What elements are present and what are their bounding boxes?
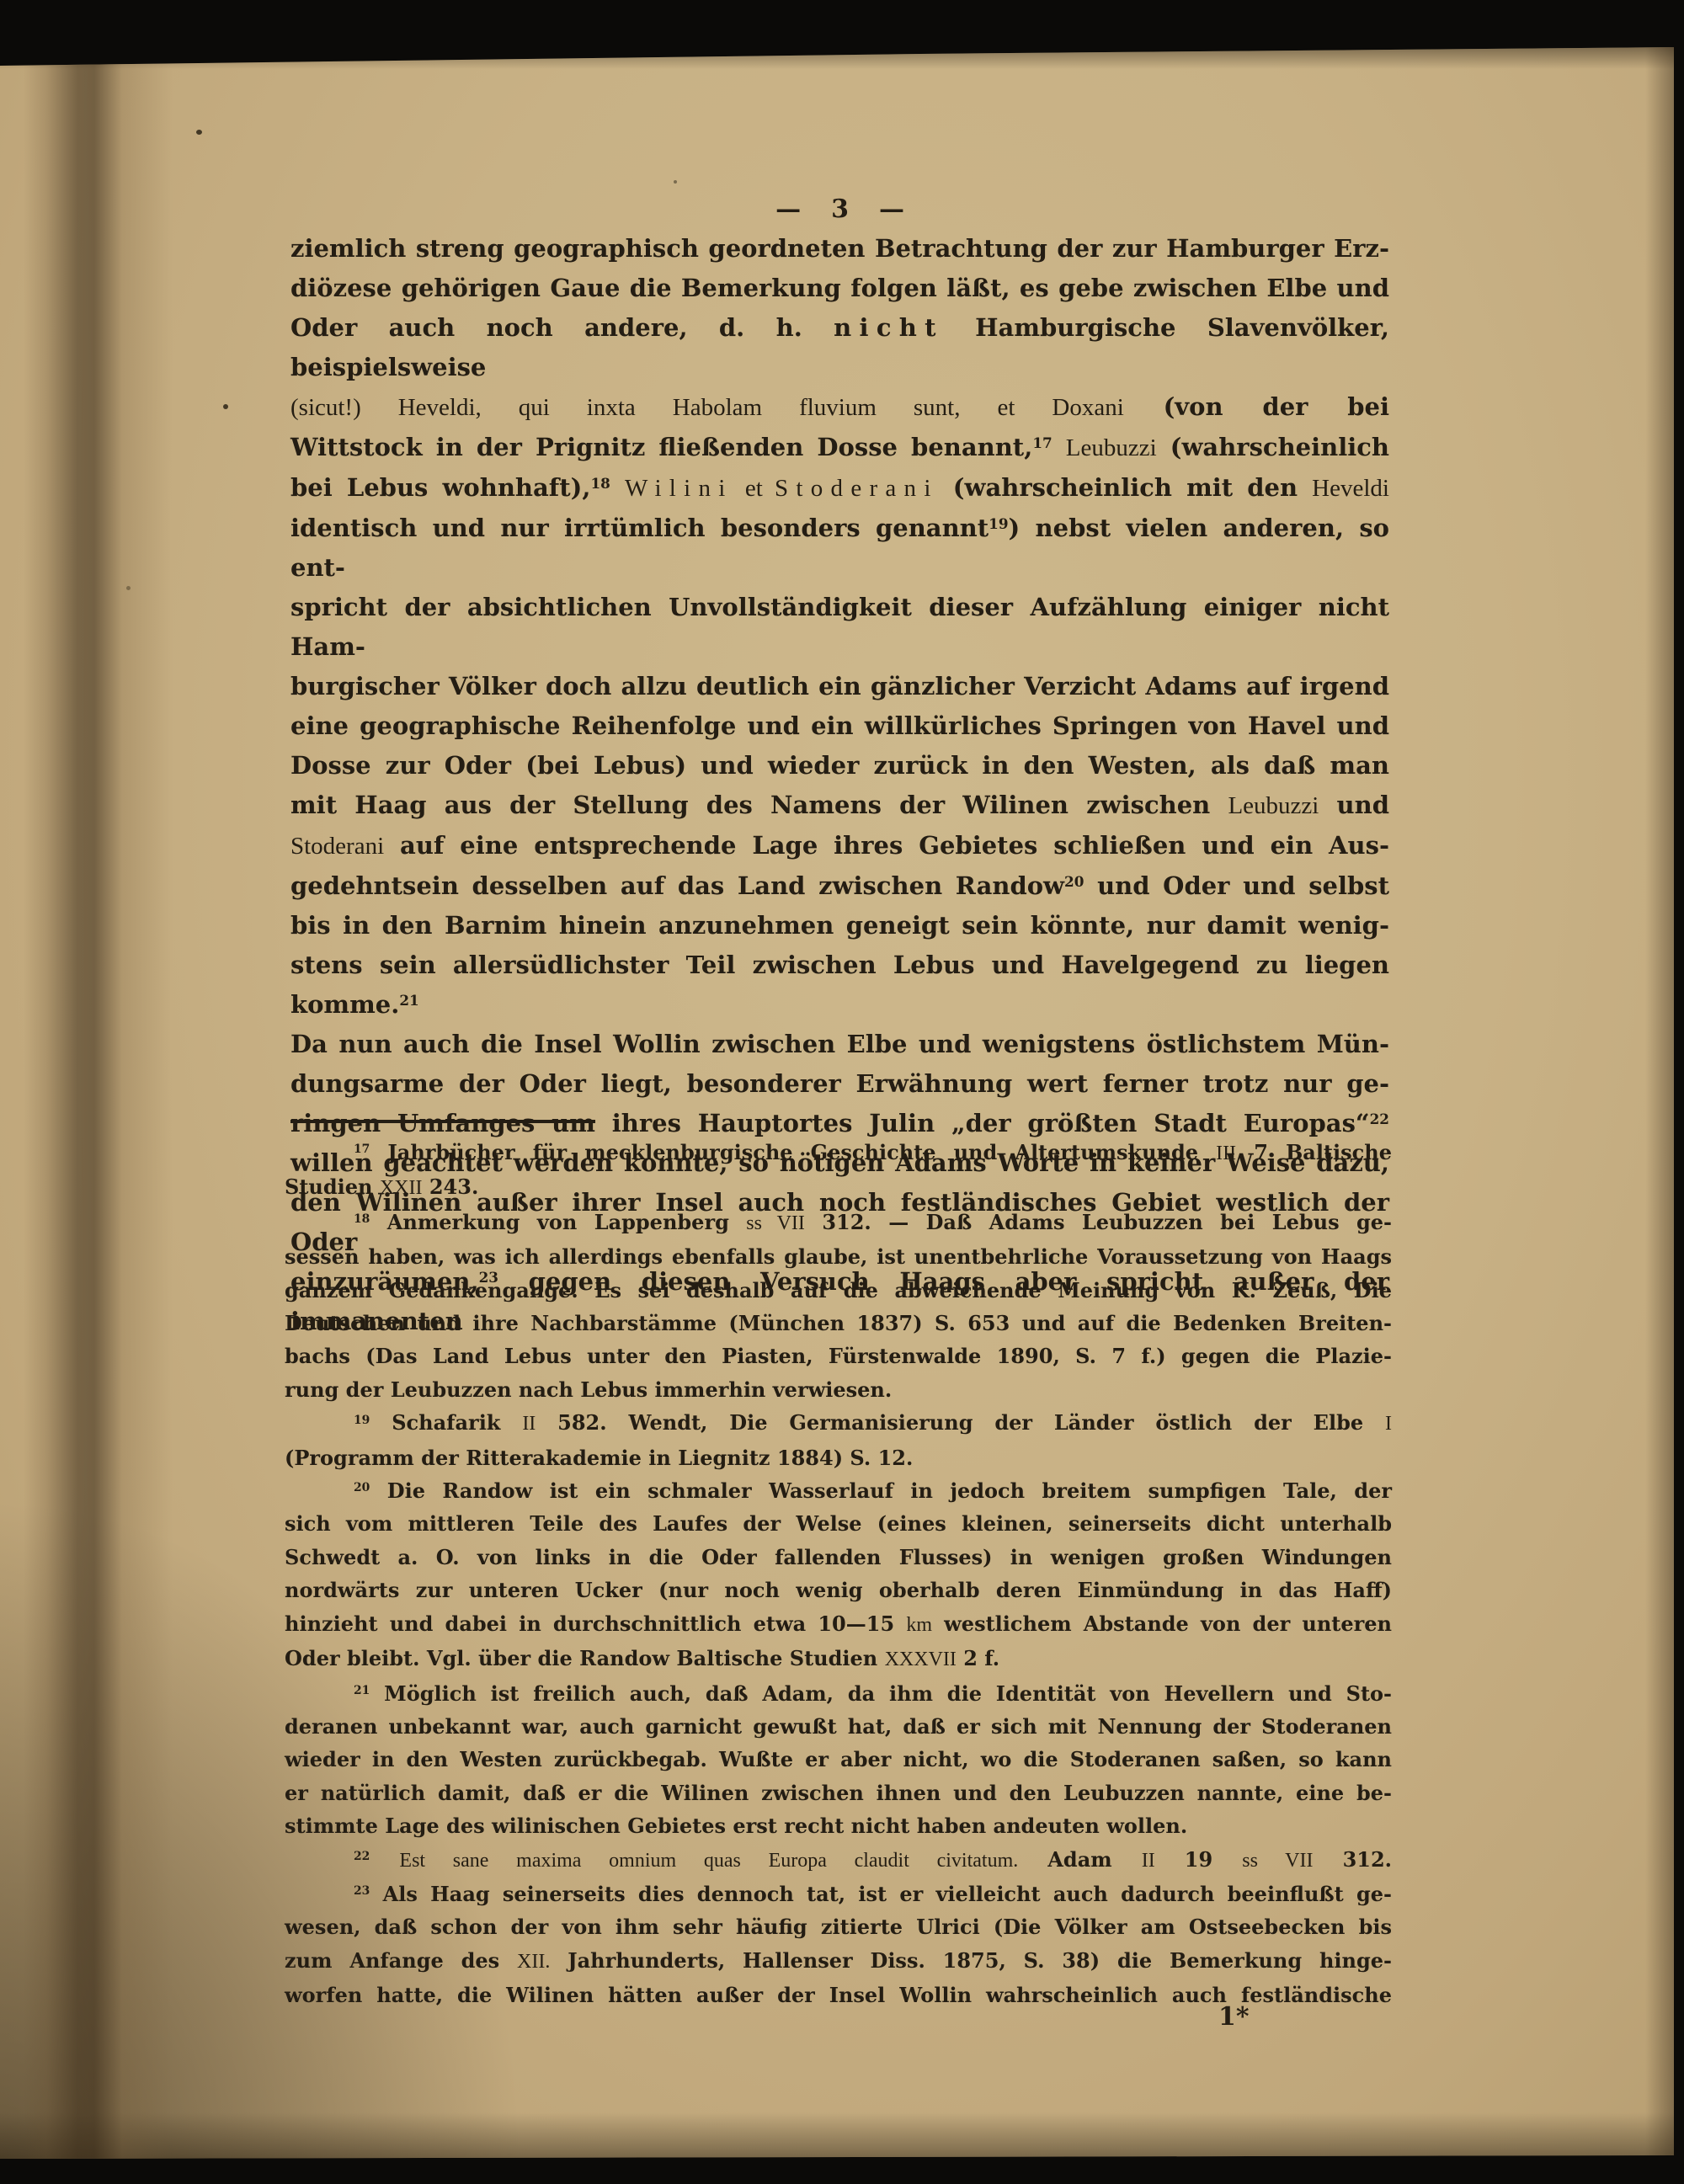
footnote-line: deranen unbekannt war, auch garnicht gew… xyxy=(285,1710,1392,1743)
antiqua-text: km xyxy=(906,1614,932,1636)
footnote-line: zum Anfange des XII. Jahrhunderts, Halle… xyxy=(285,1944,1392,1979)
antiqua-text: I xyxy=(1385,1413,1392,1435)
footnote-first-line: 17 Jahrbücher für mecklenburgische Gesch… xyxy=(285,1136,1392,1170)
footnote-ref: 19 xyxy=(354,1414,370,1427)
footnote-ref: 21 xyxy=(399,992,418,1009)
text-line: bis in den Barnim hinein anzunehmen gene… xyxy=(290,906,1389,946)
header-dash-right: — xyxy=(879,194,904,224)
footnote-first-line: 23 Als Haag seinerseits dies dennoch tat… xyxy=(285,1878,1392,1910)
antiqua-text: XXII xyxy=(380,1177,423,1199)
letterspaced-text: nicht xyxy=(834,313,944,342)
paper-speck xyxy=(196,130,202,135)
antiqua-text: II xyxy=(1142,1850,1155,1872)
antiqua-text: XXXVII xyxy=(885,1649,957,1670)
page-number: 3 xyxy=(831,194,849,224)
header-dash-left: — xyxy=(775,194,801,224)
antiqua-text: ss VII xyxy=(1242,1850,1313,1872)
footnote-line: er natürlich damit, daß er die Wilinen z… xyxy=(285,1776,1392,1809)
text-line: spricht der absichtlichen Unvollständigk… xyxy=(290,588,1389,667)
footnote-ref: 18 xyxy=(590,475,610,492)
text-line: Wittstock in der Prignitz fließenden Dos… xyxy=(290,428,1389,468)
paper-speck xyxy=(674,180,677,184)
letterspaced-text: Stoderani xyxy=(775,475,939,502)
footnote-separator-rule xyxy=(290,1120,595,1123)
footnote-line: nordwärts zur unteren Ucker (nur noch we… xyxy=(285,1574,1392,1606)
text-line: Stoderani auf eine entsprechende Lage ih… xyxy=(290,826,1389,866)
antiqua-text: II xyxy=(522,1413,536,1435)
book-page: — 3 — ziemlich streng geographisch geord… xyxy=(0,47,1674,2159)
antiqua-text: Est sane maxima omnium quas Europa claud… xyxy=(399,1850,1018,1872)
footnote-ref: 20 xyxy=(354,1481,370,1494)
footnote-first-line: 20 Die Randow ist ein schmaler Wasserlau… xyxy=(285,1474,1392,1507)
footnote-first-line: 22 Est sane maxima omnium quas Europa cl… xyxy=(285,1843,1392,1878)
footnote-ref: 18 xyxy=(354,1212,370,1226)
antiqua-text: Leubuzzi xyxy=(1228,792,1319,819)
text-line: gedehntsein desselben auf das Land zwisc… xyxy=(290,866,1389,906)
paper-speck xyxy=(223,404,228,409)
text-line: diözese gehörigen Gaue die Bemerkung fol… xyxy=(290,269,1389,308)
antiqua-text: ss VII xyxy=(746,1212,805,1234)
footnote-line: ganzem Gedankengange. Es sei deshalb auf… xyxy=(285,1274,1392,1307)
footnote-line: wesen, daß schon der von ihm sehr häufig… xyxy=(285,1910,1392,1943)
footnote-ref: 22 xyxy=(1370,1111,1389,1127)
footnote-line: stimmte Lage des wilinischen Gebietes er… xyxy=(285,1809,1392,1842)
text-line: Dosse zur Oder (bei Lebus) und wieder zu… xyxy=(290,746,1389,786)
footnote-ref: 21 xyxy=(354,1684,370,1697)
text-line: Oder auch noch andere, d. h. nicht Hambu… xyxy=(290,308,1389,387)
footnote-line: (Programm der Ritterakademie in Liegnitz… xyxy=(285,1441,1392,1474)
text-line: ziemlich streng geographisch geordneten … xyxy=(290,229,1389,269)
antiqua-text: III xyxy=(1216,1143,1236,1164)
footnote-line: Schwedt a. O. von links in die Oder fall… xyxy=(285,1541,1392,1574)
footnote-line: Oder bleibt. Vgl. über die Randow Baltis… xyxy=(285,1642,1392,1676)
text-line: mit Haag aus der Stellung des Namens der… xyxy=(290,786,1389,826)
footnote-line: rung der Leubuzzen nach Lebus immerhin v… xyxy=(285,1373,1392,1406)
footnote-first-line: 18 Anmerkung von Lappenberg ss VII 312. … xyxy=(285,1206,1392,1240)
text-line: bei Lebus wohnhaft),18 Wilini et Stodera… xyxy=(290,468,1389,509)
antiqua-text: XII. xyxy=(517,1951,550,1973)
footnote-line: sich vom mittleren Teile des Laufes der … xyxy=(285,1507,1392,1540)
footnote-ref: 17 xyxy=(354,1143,370,1156)
text-line: burgischer Völker doch allzu deutlich ei… xyxy=(290,667,1389,706)
paper-speck xyxy=(126,586,131,590)
footnote-ref: 23 xyxy=(354,1884,370,1898)
footnotes-section: 17 Jahrbücher für mecklenburgische Gesch… xyxy=(285,1136,1392,2012)
text-line: stens sein allersüdlichster Teil zwische… xyxy=(290,946,1389,1025)
text-line: eine geographische Reihenfolge und ein w… xyxy=(290,706,1389,746)
antiqua-text: Leubuzzi xyxy=(1066,434,1157,461)
antiqua-text: Stoderani xyxy=(290,833,384,860)
antiqua-text: (sicut!) Heveldi, qui inxta Habolam fluv… xyxy=(290,394,1124,421)
text-line: identisch und nur irrtümlich besonders g… xyxy=(290,509,1389,588)
footnote-first-line: 21 Möglich ist freilich auch, daß Adam, … xyxy=(285,1677,1392,1710)
footnote-line: Studien XXII 243. xyxy=(285,1170,1392,1205)
footnote-ref: 20 xyxy=(1064,873,1084,890)
footnote-ref: 22 xyxy=(354,1850,370,1863)
footnote-ref: 17 xyxy=(1032,434,1052,451)
footnote-line: bachs (Das Land Lebus unter den Piasten,… xyxy=(285,1340,1392,1372)
scanned-book-photo: — 3 — ziemlich streng geographisch geord… xyxy=(0,0,1684,2184)
page-header: — 3 — xyxy=(290,194,1389,224)
text-line: Da nun auch die Insel Wollin zwischen El… xyxy=(290,1025,1389,1064)
letterspaced-text: Wilini xyxy=(625,475,733,502)
footnote-line: Deutschen und ihre Nachbarstämme (Münche… xyxy=(285,1307,1392,1340)
footnote-ref: 19 xyxy=(989,515,1008,532)
footnote-line: hinzieht und dabei in durchschnittlich e… xyxy=(285,1607,1392,1642)
footnote-line: sessen haben, was ich allerdings ebenfal… xyxy=(285,1240,1392,1273)
footnote-first-line: 19 Schafarik II 582. Wendt, Die Germanis… xyxy=(285,1406,1392,1441)
signature-mark: 1* xyxy=(1218,2002,1250,2032)
antiqua-text: Wilini et Stoderani xyxy=(625,475,939,502)
text-line: dungsarme der Oder liegt, besonderer Erw… xyxy=(290,1064,1389,1104)
antiqua-text: Heveldi xyxy=(1312,475,1389,502)
text-line: (sicut!) Heveldi, qui inxta Habolam fluv… xyxy=(290,387,1389,428)
footnote-line: wieder in den Westen zurückbegab. Wußte … xyxy=(285,1743,1392,1776)
